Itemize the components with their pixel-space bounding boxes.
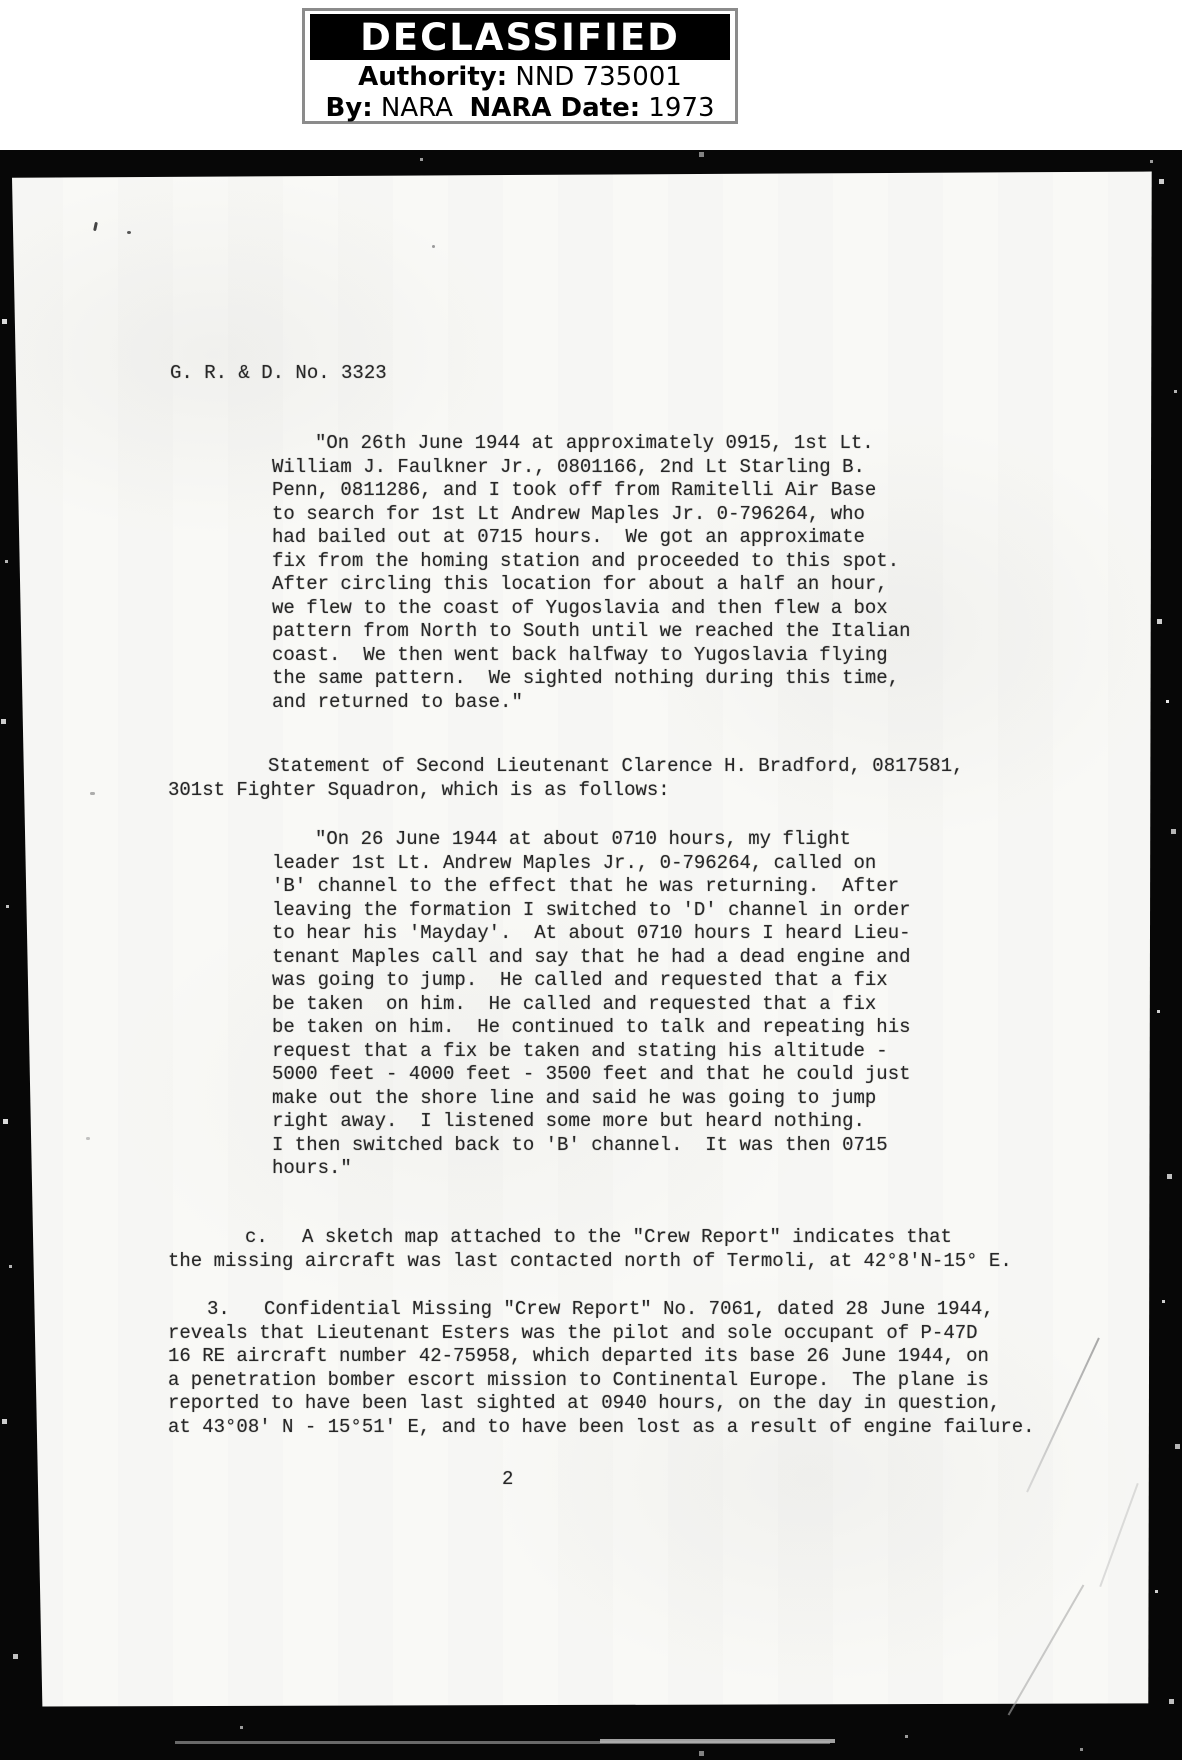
stray-ink-mark [127,231,131,234]
by-label: By: [325,93,372,123]
authority-label: Authority: [358,62,507,92]
stamp-by-line: By: NARA NARA Date: 1973 [305,93,735,124]
scan-bottom-streak-bright [600,1739,835,1743]
stamp-authority-line: Authority: NND 735001 [305,62,735,93]
stamp-title: DECLASSIFIED [360,16,680,59]
stray-ink-mark [90,792,95,795]
date-label: NARA Date: [469,93,640,123]
scan-dust-specks [0,0,3,3]
stray-ink-mark [432,245,435,248]
stray-ink-mark [86,1137,90,1140]
date-value: 1973 [648,93,714,123]
scanned-document-viewer: DECLASSIFIED Authority: NND 735001 By: N… [0,0,1182,1760]
declassified-banner: DECLASSIFIED [310,14,730,60]
declassified-stamp: DECLASSIFIED Authority: NND 735001 By: N… [302,8,738,124]
scan-top-band: DECLASSIFIED Authority: NND 735001 By: N… [0,0,1182,150]
authority-number: NND 735001 [515,62,681,92]
by-value: NARA [381,93,453,123]
document-page [8,170,1154,1708]
